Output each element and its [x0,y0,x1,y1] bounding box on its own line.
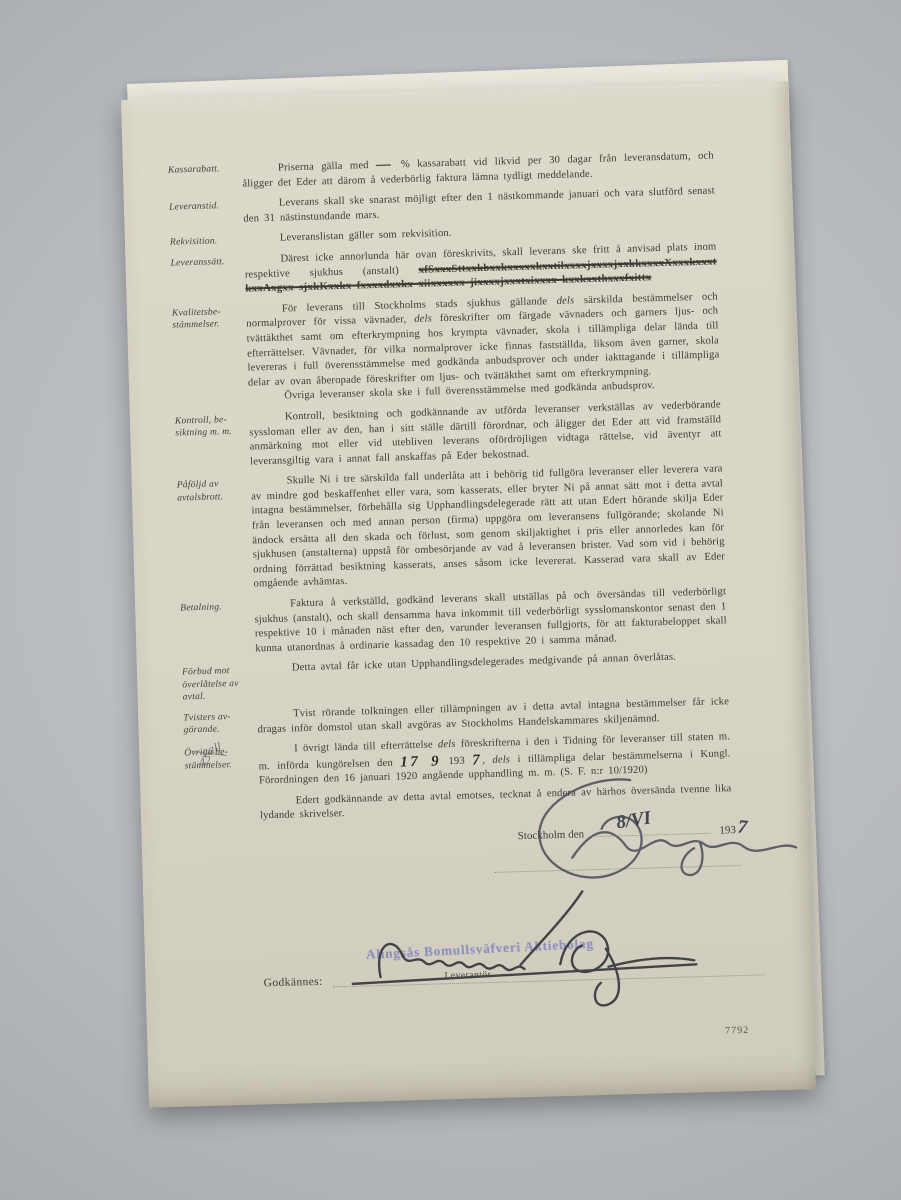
struck-text: kxxAxgxx sjxkKxxkx fxxxxdxxkx xiixxxxxx … [245,272,651,294]
contract-section: Övriga be- stämmelser. I övrigt lända ti… [184,730,731,791]
section-margin-label: Betalning. [180,599,254,616]
paragraph: I övrigt lända till efterrättelse dels f… [258,730,731,789]
contract-section: Leveranssätt. Därest icke annorlunda här… [170,240,717,299]
paragraph: Tvist rörande tolkningen eller tillämpni… [257,695,730,737]
signature-dotted-line [495,865,741,873]
approval-dotted-line: Alingsås Bomullsväfveri Aktiebolag Lever… [332,960,764,987]
struck-text: xfSxxxSttxxkbxxkxxxxxkxxtilxxxxjxxxxjxxk… [418,256,716,275]
handwritten-inline: 7 [472,752,482,768]
section-paragraphs: Leverans skall ske snarast möjligt efter… [243,185,716,227]
section-paragraphs: Edert godkännande av detta avtal emotses… [259,782,732,824]
paragraph: Leverans skall ske snarast möjligt efter… [243,185,716,227]
section-margin-label: Kassarabatt. [168,161,242,178]
handwritten-year-digit: 7 [737,817,748,840]
section-paragraphs: I övrigt lända till efterrättelse dels f… [258,730,731,789]
paragraph: Kontroll, besiktning och godkännande av … [249,398,722,470]
date-dotted-line: 8/VI [592,821,710,837]
section-paragraphs: Kontroll, besiktning och godkännande av … [249,398,722,470]
paragraph: För leverans till Stockholms stads sjukh… [246,290,720,391]
contract-section: Påföljd av avtalsbrott. Skulle Ni i tre … [177,463,726,595]
contract-body: Kassarabatt. Priserna gälla med — % kass… [121,81,808,827]
handwritten-inline: 17 9 [400,753,441,770]
paragraph: Därest icke annorlunda här ovan föreskri… [244,240,717,297]
section-margin-label: Kvalitetsbe- stämmelser. [172,303,247,332]
contract-section: Förbud mot överlåtelse av avtal. Detta a… [182,650,729,705]
godkannes-label: Godkännes: [264,976,323,990]
paragraph: Skulle Ni i tre särskilda fall underlåta… [251,463,726,593]
handwritten-inline: — [376,156,394,172]
leverantor-label: Leverantör. [444,970,493,981]
section-margin-label: Kontroll, be- siktning m. m. [175,411,250,440]
approval-area: Godkännes: Alingsås Bomullsväfveri Aktie… [263,959,812,989]
section-margin-label [185,795,259,799]
section-margin-label: Leveranssätt. [170,254,244,271]
contract-section: Betalning. Faktura å verkställd, godkänd… [180,585,727,659]
paragraph: Edert godkännande av detta avtal emotses… [259,782,732,824]
section-margin-label: Påföljd av avtalsbrott. [177,476,252,505]
document-page: Kassarabatt. Priserna gälla med — % kass… [121,81,816,1107]
page-number: 7792 [725,1025,749,1037]
section-margin-label: Rekvisition. [170,233,244,250]
paragraph: Faktura å verkställd, godkänd leverans s… [254,585,727,657]
section-paragraphs: Faktura å verkställd, godkänd leverans s… [254,585,727,657]
section-margin-label: Leveranstid. [169,198,243,215]
section-margin-label: Förbud mot överlåtelse av avtal. [182,663,257,705]
section-paragraphs: Tvist rörande tolkningen eller tillämpni… [257,695,730,737]
date-year-printed: 193 [719,824,736,836]
section-paragraphs: För leverans till Stockholms stads sjukh… [246,290,721,405]
paragraph: Priserna gälla med — % kassarabatt vid l… [242,147,715,191]
photo-backdrop: Kassarabatt. Priserna gälla med — % kass… [0,0,901,1200]
contract-section: Kvalitetsbe- stämmelser. För leverans ti… [172,290,721,407]
section-paragraphs: Skulle Ni i tre särskilda fall underlåta… [251,463,726,593]
section-paragraphs: Därest icke annorlunda här ovan föreskri… [244,240,717,297]
section-margin-label: Tvisters av- görande. [183,708,258,737]
company-stamp: Alingsås Bomullsväfveri Aktiebolag [366,931,686,963]
section-paragraphs: Priserna gälla med — % kassarabatt vid l… [242,147,715,191]
date-place-label: Stockholm den [518,828,585,842]
handwritten-day: 8/VI [615,808,653,835]
contract-section: Kontroll, be- siktning m. m. Kontroll, b… [175,398,722,472]
